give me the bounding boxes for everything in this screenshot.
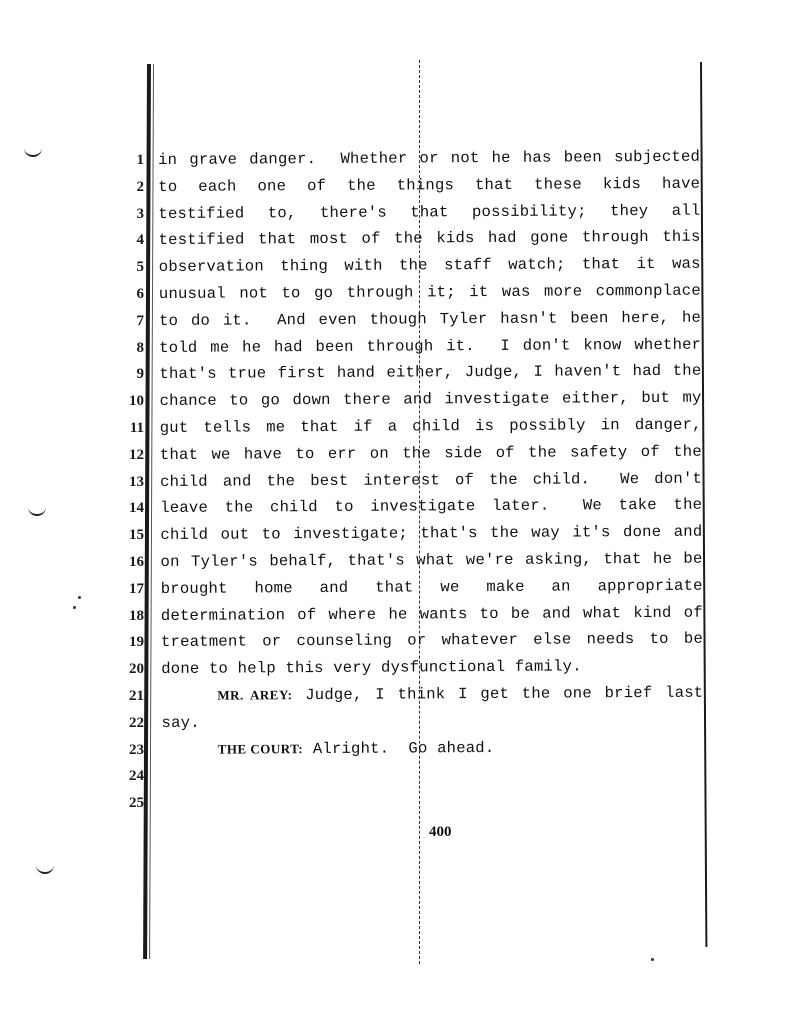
transcript-line: MR. AREY: Judge, I think I get the one b… <box>161 680 703 710</box>
scan-speck <box>78 596 81 599</box>
line-number: 8 <box>118 335 144 362</box>
line-number: 1 <box>118 147 144 174</box>
line-number: 6 <box>118 281 144 308</box>
transcript-line: THE COURT: Alright. Go ahead. <box>162 733 704 763</box>
line-number: 24 <box>118 763 144 790</box>
transcript-line <box>162 760 704 790</box>
transcript-line: that's true first hand either, Judge, I … <box>159 358 701 388</box>
line-number: 23 <box>118 737 144 764</box>
transcript-line: told me he had been through it. I don't … <box>159 331 701 361</box>
scan-mark <box>36 864 54 874</box>
line-number: 7 <box>118 308 144 335</box>
line-number: 9 <box>118 361 144 388</box>
transcript-line: child out to investigate; that's the way… <box>160 519 702 549</box>
transcript-line: in grave danger. Whether or not he has b… <box>158 144 700 174</box>
transcript-line: unusual not to go through it; it was mor… <box>159 278 701 308</box>
scan-mark <box>28 506 46 516</box>
line-number: 21 <box>118 683 144 710</box>
speech-text: Alright. Go ahead. <box>303 738 494 757</box>
line-number: 20 <box>118 656 144 683</box>
transcript-page: 1234567891011121314151617181920212223242… <box>0 0 803 1017</box>
line-number: 25 <box>118 790 144 817</box>
transcript-line: determination of where he wants to be an… <box>161 599 703 629</box>
transcript-line: treatment or counseling or whatever else… <box>161 626 703 656</box>
line-number: 3 <box>118 201 144 228</box>
transcript-line: say. <box>161 706 703 736</box>
speaker-label: THE COURT: <box>218 741 304 757</box>
transcript-line: done to help this very dysfunctional fam… <box>161 653 703 683</box>
transcript-body: in grave danger. Whether or not he has b… <box>158 144 704 817</box>
transcript-line: brought home and that we make an appropr… <box>161 572 703 602</box>
line-number: 16 <box>118 549 144 576</box>
transcript-line: testified to, there's that possibility; … <box>158 197 700 227</box>
transcript-line: testified that most of the kids had gone… <box>158 224 700 254</box>
line-number: 18 <box>118 603 144 630</box>
scan-speck <box>651 958 654 961</box>
transcript-line <box>162 787 704 817</box>
transcript-line: to do it. And even though Tyler hasn't b… <box>159 304 701 334</box>
line-number: 13 <box>118 469 144 496</box>
page-number: 400 <box>429 824 452 841</box>
transcript-line: gut tells me that if a child is possibly… <box>160 412 702 442</box>
line-number: 15 <box>118 522 144 549</box>
transcript-line: on Tyler's behalf, that's what we're ask… <box>160 546 702 576</box>
speech-text: Judge, I think I get the one brief last <box>292 684 703 705</box>
line-number: 4 <box>118 227 144 254</box>
transcript-line: child and the best interest of the child… <box>160 465 702 495</box>
transcript-line: chance to go down there and investigate … <box>159 385 701 415</box>
line-number: 12 <box>118 442 144 469</box>
scan-speck <box>73 606 76 609</box>
transcript-line: to each one of the things that these kid… <box>158 170 700 200</box>
line-number: 10 <box>118 388 144 415</box>
transcript-line: observation thing with the staff watch; … <box>159 251 701 281</box>
line-number: 22 <box>118 710 144 737</box>
line-number: 17 <box>118 576 144 603</box>
line-number: 2 <box>118 174 144 201</box>
scan-mark <box>24 147 42 157</box>
speaker-label: MR. AREY: <box>217 687 292 702</box>
transcript-line: leave the child to investigate later. We… <box>160 492 702 522</box>
line-number: 14 <box>118 495 144 522</box>
transcript-line: that we have to err on the side of the s… <box>160 438 702 468</box>
line-number: 19 <box>118 629 144 656</box>
line-number-column: 1234567891011121314151617181920212223242… <box>118 147 144 817</box>
line-number: 11 <box>118 415 144 442</box>
line-number: 5 <box>118 254 144 281</box>
